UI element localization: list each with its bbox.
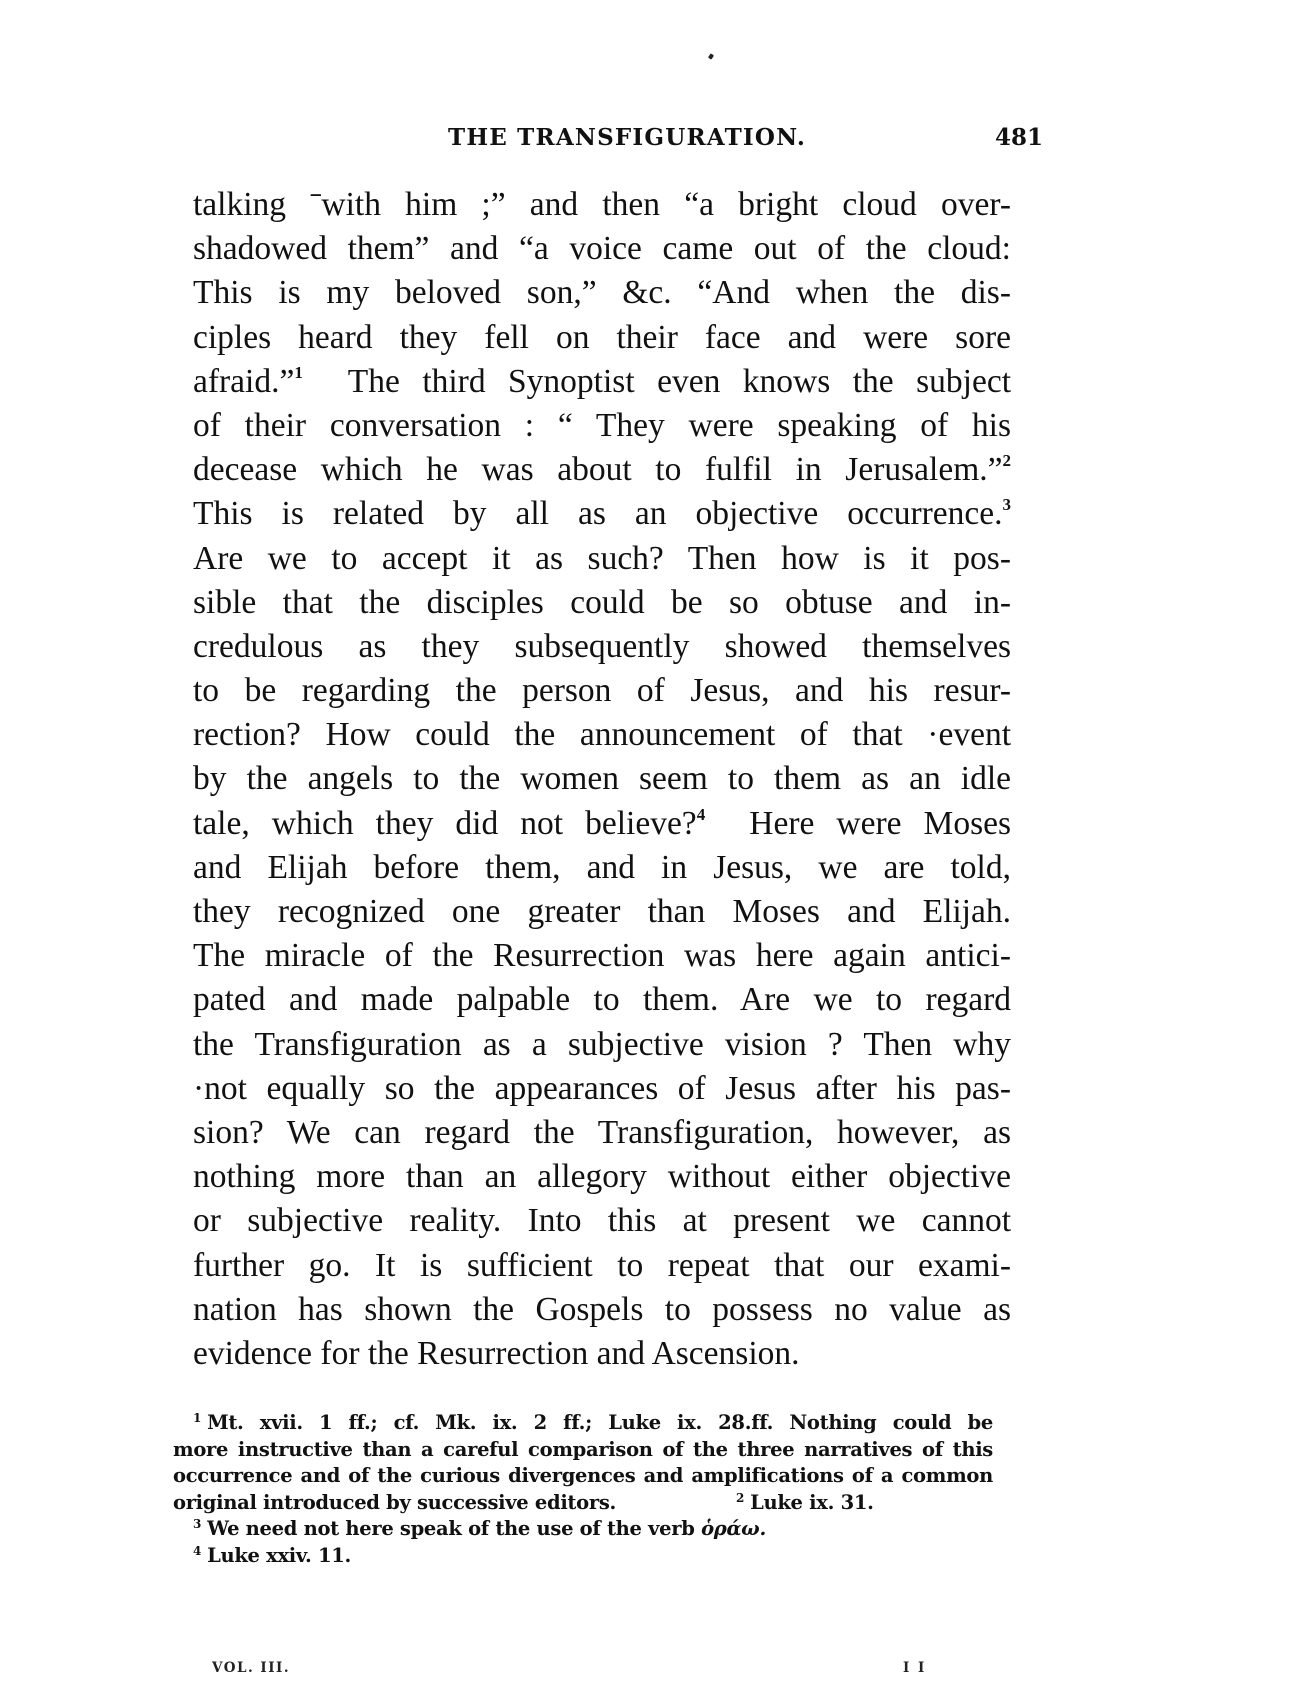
body-line: ·not equally so the appearances of Jesus… <box>193 1067 1011 1111</box>
footnote-1-cont: original introduced by successive editor… <box>173 1490 993 1517</box>
body-line: sion? We can regard the Transfiguration,… <box>193 1111 1011 1155</box>
footnote-1: 1Mt. xvii. 1 ff.; cf. Mk. ix. 2 ff.; Luk… <box>173 1410 993 1437</box>
body-line: by the angels to the women seem to them … <box>193 757 1011 801</box>
body-line: and Elijah before them, and in Jesus, we… <box>193 846 1011 890</box>
greek-word: ὁράω. <box>701 1517 766 1540</box>
body-paragraph: talking ˉwith him ;” and then “a bright … <box>193 183 1011 1376</box>
footnote-text: Luke xxiv. 11. <box>207 1544 351 1567</box>
body-text-fragment: This is related by all as an objective o… <box>193 495 1003 532</box>
body-text-fragment: afraid.” <box>193 363 294 400</box>
footnote-2: Luke ix. 31. <box>750 1491 874 1514</box>
book-page: THE TRANSFIGURATION. 481 talking ˉwith h… <box>0 0 1292 1700</box>
footnote-text: We need not here speak of the use of the… <box>207 1517 695 1540</box>
footnotes: 1Mt. xvii. 1 ff.; cf. Mk. ix. 2 ff.; Luk… <box>173 1410 993 1569</box>
body-line: evidence for the Resurrection and Ascens… <box>193 1332 1011 1376</box>
body-line: credulous as they subsequently showed th… <box>193 625 1011 669</box>
body-line: talking ˉwith him ;” and then “a bright … <box>193 183 1011 227</box>
body-line: ciples heard they fell on their face and… <box>193 316 1011 360</box>
body-line: nothing more than an allegory without ei… <box>193 1155 1011 1199</box>
body-line: This is my beloved son,” &c. “And when t… <box>193 271 1011 315</box>
body-line: pated and made palpable to them. Are we … <box>193 978 1011 1022</box>
page-number: 481 <box>995 124 1043 151</box>
body-line: the Transfiguration as a subjective visi… <box>193 1023 1011 1067</box>
footnote-text: Mt. xvii. 1 ff.; cf. Mk. ix. 2 ff.; Luke… <box>207 1411 993 1434</box>
body-line: This is related by all as an objective o… <box>193 492 1011 536</box>
running-title: THE TRANSFIGURATION. <box>448 124 806 151</box>
body-line: they recognized one greater than Moses a… <box>193 890 1011 934</box>
body-line: rection? How could the announcement of t… <box>193 713 1011 757</box>
volume-signature: VOL. III. <box>212 1660 290 1676</box>
footnote-text: original introduced by successive editor… <box>173 1491 616 1514</box>
body-line: sible that the disciples could be so obt… <box>193 581 1011 625</box>
footnote-ref-1: 1 <box>294 363 303 382</box>
body-line: to be regarding the person of Jesus, and… <box>193 669 1011 713</box>
body-line: or subjective reality. Into this at pres… <box>193 1199 1011 1243</box>
body-line: decease which he was about to fulfil in … <box>193 448 1011 492</box>
footnote-ref-3: 3 <box>1003 495 1012 514</box>
body-line: shadowed them” and “a voice came out of … <box>193 227 1011 271</box>
body-text-fragment: tale, which they did not believe? <box>193 805 697 842</box>
footnote-mark: 4 <box>193 1544 201 1558</box>
footnote-4: 4Luke xxiv. 11. <box>173 1543 993 1570</box>
footnote-ref-2: 2 <box>1003 451 1012 470</box>
footnote-3: 3We need not here speak of the use of th… <box>173 1516 993 1543</box>
footnote-mark: 2 <box>736 1491 744 1505</box>
body-text-fragment: decease which he was about to fulfil in … <box>193 451 1003 488</box>
body-line: tale, which they did not believe?4 Here … <box>193 802 1011 846</box>
footnote-mark: 3 <box>193 1517 201 1531</box>
gathering-signature: I I <box>903 1660 926 1676</box>
body-line: further go. It is sufficient to repeat t… <box>193 1244 1011 1288</box>
body-line: The miracle of the Resurrection was here… <box>193 934 1011 978</box>
footnote-ref-4: 4 <box>697 805 706 824</box>
body-line: of their conversation : “ They were spea… <box>193 404 1011 448</box>
body-text-fragment: The third Synoptist even knows the subje… <box>348 363 1011 400</box>
footnote-1-cont: occurrence and of the curious divergence… <box>173 1463 993 1490</box>
body-text-fragment: Here were Moses <box>749 805 1011 842</box>
footnote-mark: 1 <box>193 1411 201 1425</box>
footnote-1-cont: more instructive than a careful comparis… <box>173 1437 993 1464</box>
body-line: Are we to accept it as such? Then how is… <box>193 537 1011 581</box>
body-line: nation has shown the Gospels to possess … <box>193 1288 1011 1332</box>
scan-speck <box>708 53 714 59</box>
body-line: afraid.”1 The third Synoptist even knows… <box>193 360 1011 404</box>
